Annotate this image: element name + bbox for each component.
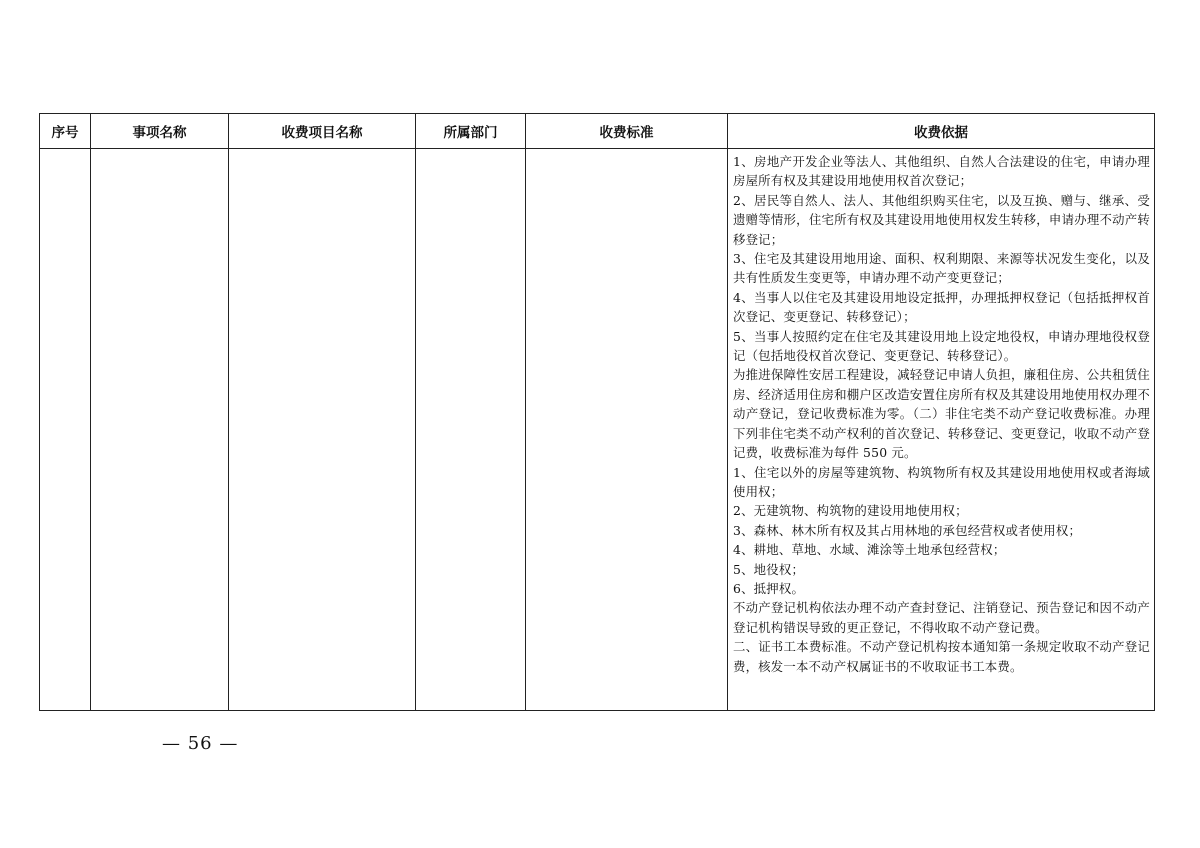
basis-paragraph: 4、当事人以住宅及其建设用地设定抵押，办理抵押权登记（包括抵押权首次登记、变更登…	[733, 288, 1150, 327]
basis-paragraph: 3、住宅及其建设用地用途、面积、权利期限、来源等状况发生变化，以及共有性质发生变…	[733, 249, 1150, 288]
basis-paragraph: 不动产登记机构依法办理不动产查封登记、注销登记、预告登记和因不动产登记机构错误导…	[733, 598, 1150, 637]
table-header-row: 序号 事项名称 收费项目名称 所属部门 收费标准 收费依据	[40, 114, 1155, 149]
header-fee-item-name: 收费项目名称	[229, 114, 416, 149]
header-item-name: 事项名称	[91, 114, 229, 149]
table-row: 1、房地产开发企业等法人、其他组织、自然人合法建设的住宅，申请办理房屋所有权及其…	[40, 149, 1155, 711]
page-number: — 56 —	[162, 733, 238, 754]
cell-index	[40, 149, 91, 711]
basis-paragraph: 5、当事人按照约定在住宅及其建设用地上设定地役权，申请办理地役权登记（包括地役权…	[733, 327, 1150, 366]
basis-paragraph: 二、证书工本费标准。不动产登记机构按本通知第一条规定收取不动产登记费，核发一本不…	[733, 637, 1150, 676]
basis-paragraph: 4、耕地、草地、水域、滩涂等土地承包经营权；	[733, 540, 1150, 559]
basis-paragraph: 3、森林、林木所有权及其占用林地的承包经营权或者使用权；	[733, 521, 1150, 540]
cell-item-name	[91, 149, 229, 711]
basis-paragraph: 1、房地产开发企业等法人、其他组织、自然人合法建设的住宅，申请办理房屋所有权及其…	[733, 152, 1150, 191]
basis-paragraph: 为推进保障性安居工程建设，减轻登记申请人负担，廉租住房、公共租赁住房、经济适用住…	[733, 365, 1150, 462]
header-fee-standard: 收费标准	[526, 114, 728, 149]
fee-table: 序号 事项名称 收费项目名称 所属部门 收费标准 收费依据 1、房地产开发企业等…	[39, 113, 1155, 711]
fee-basis-text: 1、房地产开发企业等法人、其他组织、自然人合法建设的住宅，申请办理房屋所有权及其…	[728, 149, 1154, 676]
basis-paragraph: 6、抵押权。	[733, 579, 1150, 598]
header-department: 所属部门	[416, 114, 526, 149]
cell-fee-standard	[526, 149, 728, 711]
basis-paragraph: 5、地役权；	[733, 560, 1150, 579]
basis-paragraph: 1、住宅以外的房屋等建筑物、构筑物所有权及其建设用地使用权或者海域使用权；	[733, 463, 1150, 502]
cell-fee-basis: 1、房地产开发企业等法人、其他组织、自然人合法建设的住宅，申请办理房屋所有权及其…	[728, 149, 1155, 711]
cell-fee-item-name	[229, 149, 416, 711]
header-index: 序号	[40, 114, 91, 149]
basis-paragraph: 2、居民等自然人、法人、其他组织购买住宅，以及互换、赠与、继承、受遗赠等情形，住…	[733, 191, 1150, 249]
document-page: 序号 事项名称 收费项目名称 所属部门 收费标准 收费依据 1、房地产开发企业等…	[0, 0, 1200, 848]
basis-paragraph: 2、无建筑物、构筑物的建设用地使用权；	[733, 501, 1150, 520]
header-fee-basis: 收费依据	[728, 114, 1155, 149]
cell-department	[416, 149, 526, 711]
